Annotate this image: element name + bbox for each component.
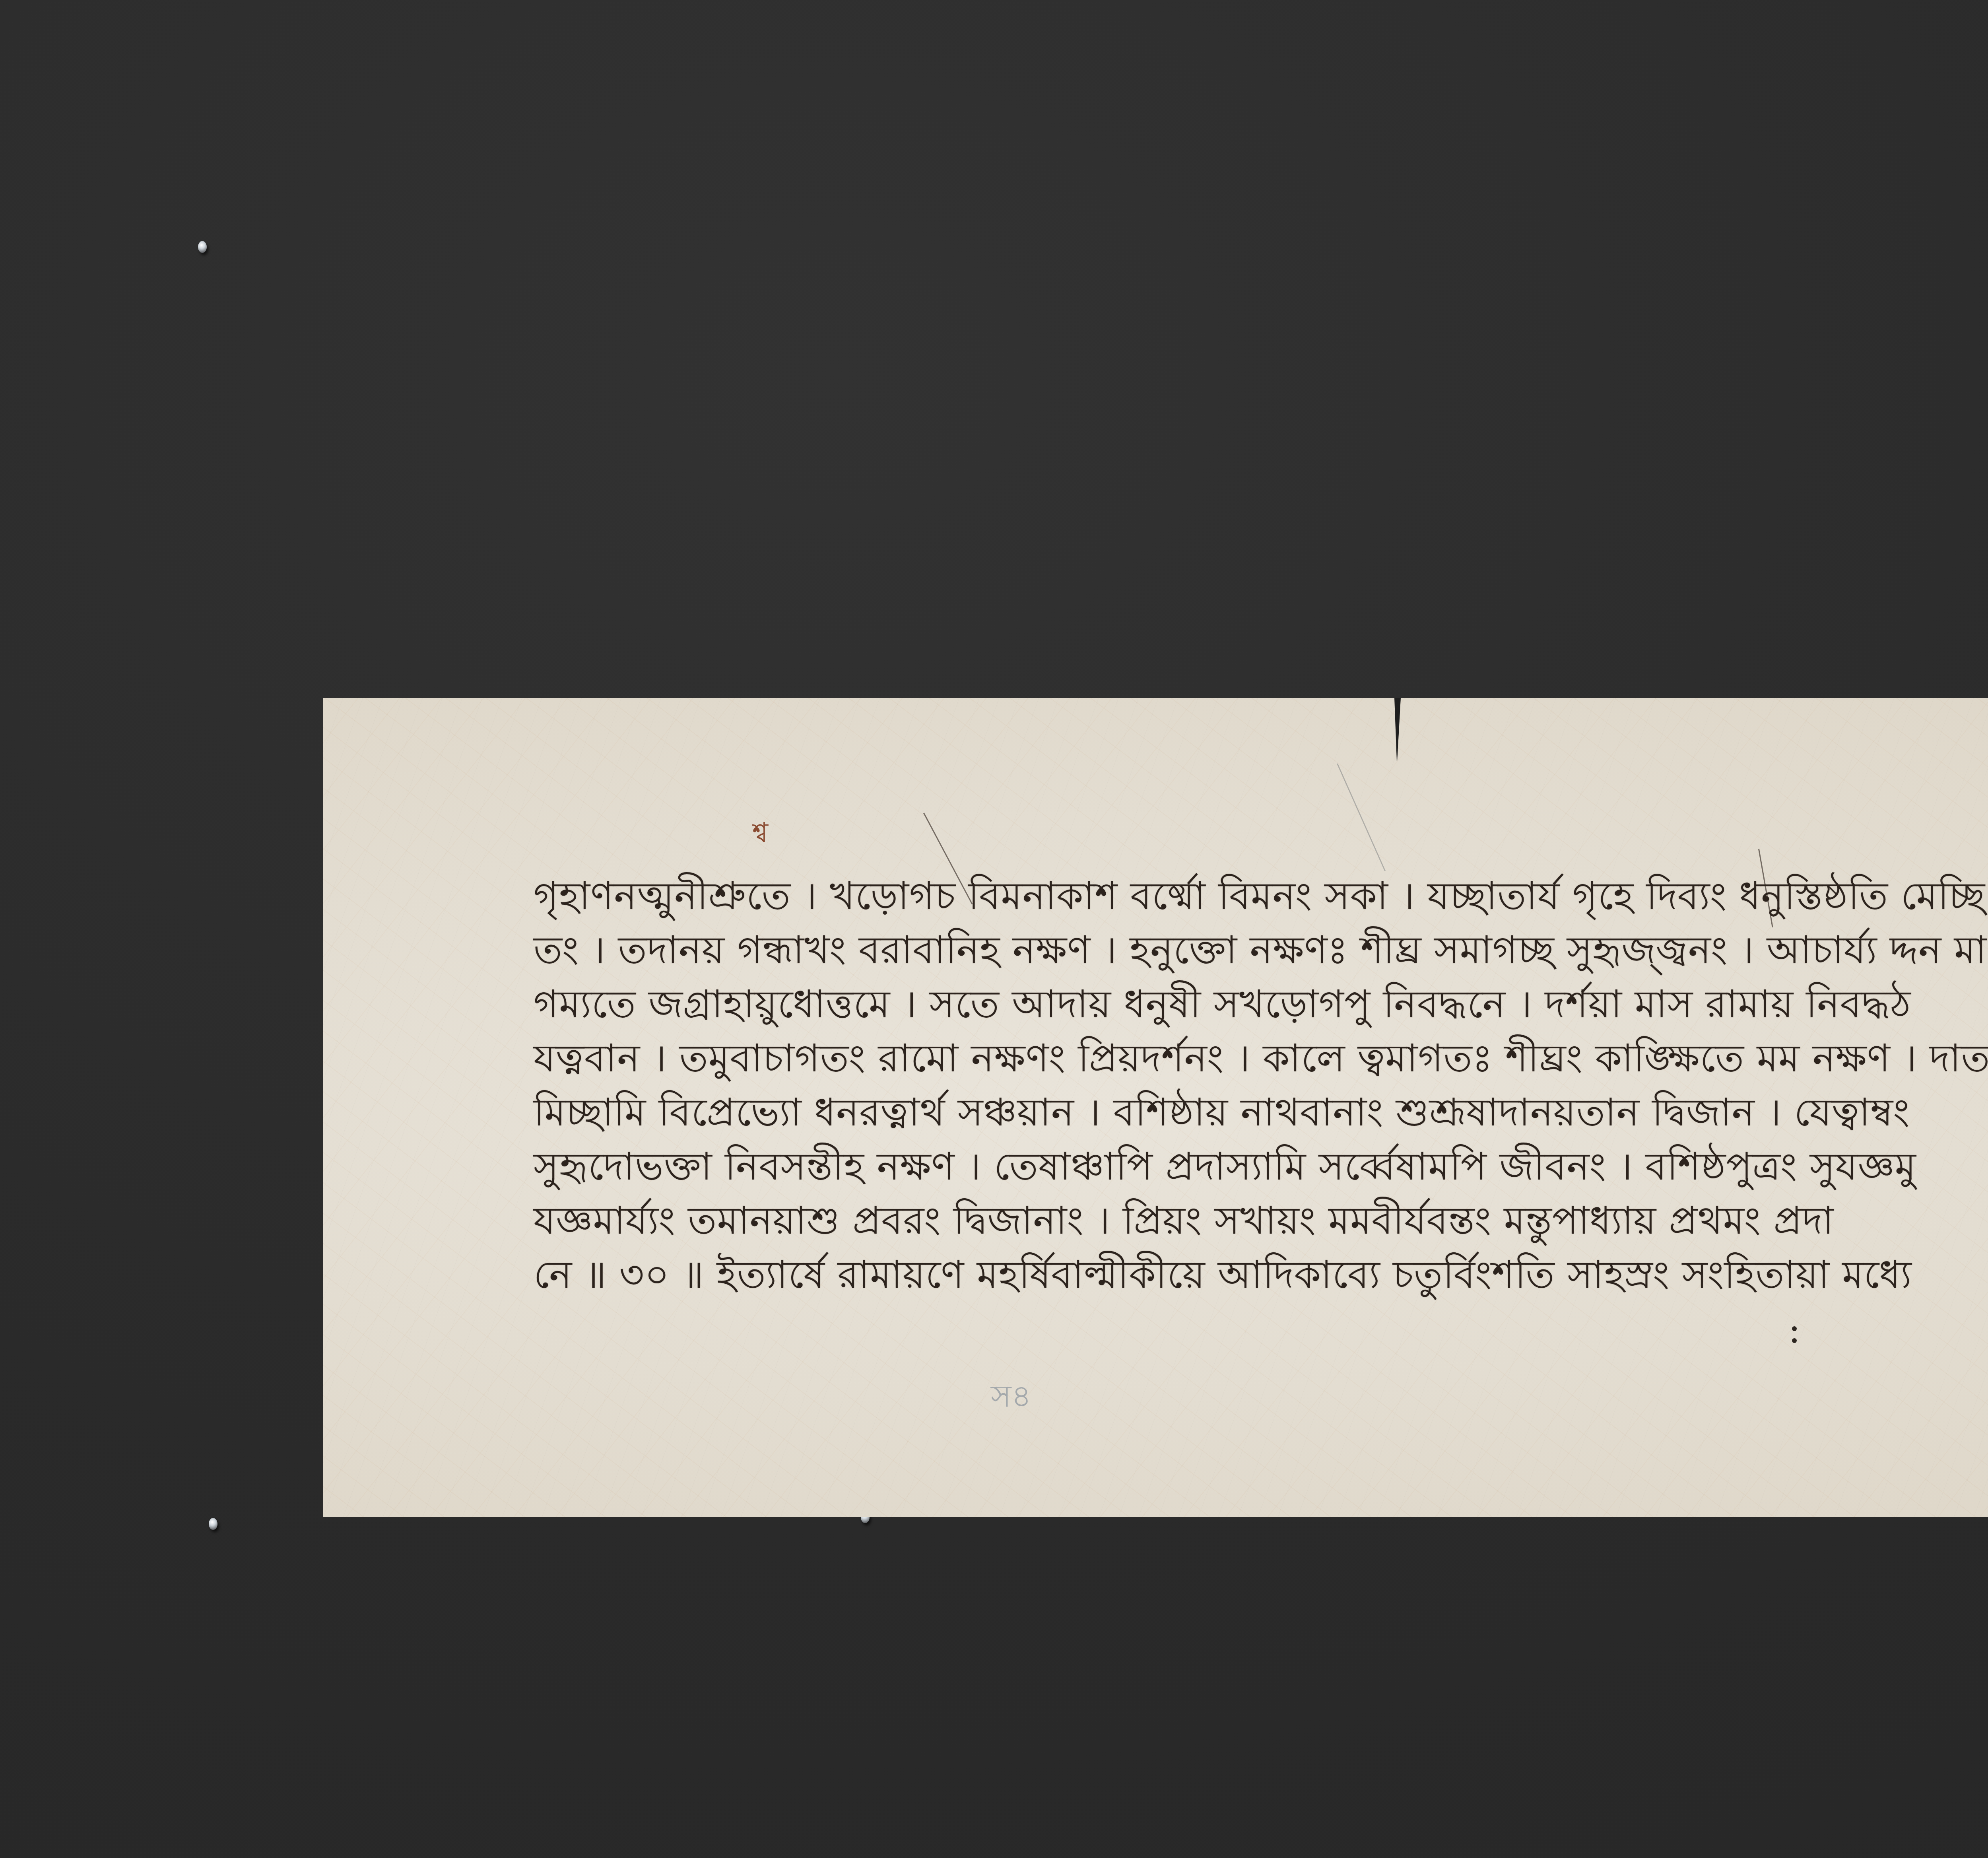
text-line-6: সুহৃদোভক্তা নিবসন্তীহ নক্ষণ । তেষাঞ্চাপি… xyxy=(534,1139,1988,1193)
paper-crease xyxy=(1337,764,1425,871)
marginal-mark: শ্ব xyxy=(752,811,768,858)
text-line-3: গম্যতে জগ্রাহায়ুধোত্তমে । সতে আদায় ধনু… xyxy=(534,977,1988,1031)
manuscript-text: গৃহাণনত্মুনীশ্রুতে । খড়োগচ বিমনাকাশ বর্… xyxy=(534,869,1988,1302)
text-line-2: তং । তদানয় গন্ধাখং বরাবানিহ নক্ষণ । হনু… xyxy=(534,923,1988,977)
ink-dot xyxy=(1792,1326,1797,1331)
ink-dot xyxy=(1792,1338,1797,1343)
text-line-5: মিচ্ছামি বিপ্রেভ্যো ধনরত্নার্থ সঞ্চয়ান … xyxy=(534,1085,1988,1139)
text-line-8: নে ॥ ৩০ ॥ ইত্যার্ষে রামায়ণে মহর্ষিবাল্ম… xyxy=(534,1248,1988,1302)
text-line-7: যজ্ঞমার্য্যং তমানয়াশু প্রবরং দ্বিজানাং … xyxy=(534,1193,1988,1248)
pencil-annotation: স৪ xyxy=(991,1372,1031,1424)
mount-board: শ্ব গৃহাণনত্মুনীশ্রুতে । খড়োগচ বিমনাকাশ… xyxy=(0,0,1988,1858)
text-line-4: যত্নবান । তমুবাচাগতং রামো নক্ষণং প্রিয়দ… xyxy=(534,1031,1988,1085)
mount-pin xyxy=(198,241,207,253)
manuscript-folio: শ্ব গৃহাণনত্মুনীশ্রুতে । খড়োগচ বিমনাকাশ… xyxy=(323,698,1988,1517)
paper-tear xyxy=(1394,698,1401,766)
text-line-1: গৃহাণনত্মুনীশ্রুতে । খড়োগচ বিমনাকাশ বর্… xyxy=(534,869,1988,923)
mount-pin xyxy=(209,1518,217,1530)
